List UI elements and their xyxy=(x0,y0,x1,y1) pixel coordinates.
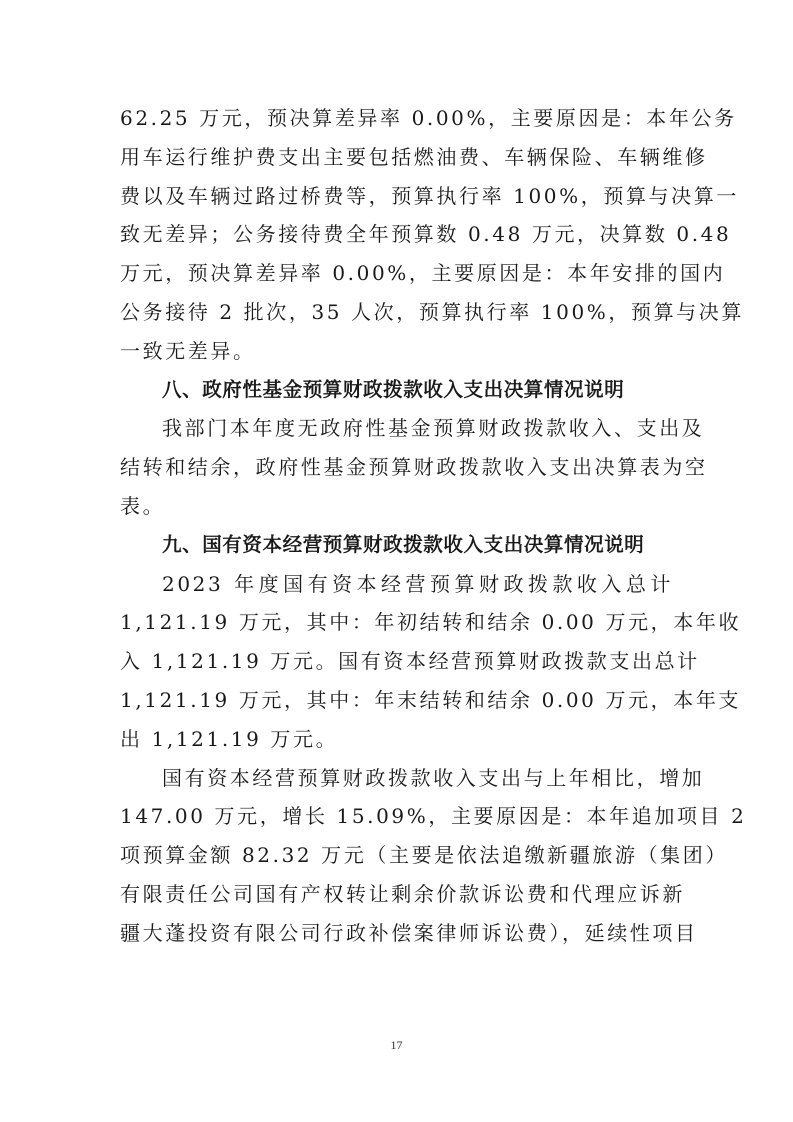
paragraph-line: 1,121.19 万元，其中：年初结转和结余 0.00 万元，本年收 xyxy=(120,603,673,642)
paragraph-line: 结转和结余，政府性基金预算财政拨款收入支出决算表为空 xyxy=(120,448,673,487)
document-page: 62.25 万元，预决算差异率 0.00%，主要原因是：本年公务 用车运行维护费… xyxy=(120,99,673,953)
paragraph-line: 疆大蓬投资有限公司行政补偿案律师诉讼费），延续性项目 xyxy=(120,914,673,953)
paragraph-line: 项预算金额 82.32 万元（主要是依法追缴新疆旅游（集团） xyxy=(120,836,673,875)
paragraph-line: 一致无差异。 xyxy=(120,332,673,371)
paragraph-line: 147.00 万元，增长 15.09%，主要原因是：本年追加项目 2 xyxy=(120,797,673,836)
section-heading-9: 九、国有资本经营预算财政拨款收入支出决算情况说明 xyxy=(120,526,673,565)
paragraph-line: 有限责任公司国有产权转让剩余价款诉讼费和代理应诉新 xyxy=(120,875,673,914)
section-heading-8: 八、政府性基金预算财政拨款收入支出决算情况说明 xyxy=(120,371,673,410)
paragraph-line: 公务接待 2 批次，35 人次，预算执行率 100%，预算与决算 xyxy=(120,293,673,332)
paragraph-line: 62.25 万元，预决算差异率 0.00%，主要原因是：本年公务 xyxy=(120,99,673,138)
paragraph-line: 用车运行维护费支出主要包括燃油费、车辆保险、车辆维修 xyxy=(120,138,673,177)
paragraph-line: 2023 年度国有资本经营预算财政拨款收入总计 xyxy=(120,565,673,604)
paragraph-line: 表。 xyxy=(120,487,673,526)
paragraph-line: 万元，预决算差异率 0.00%，主要原因是：本年安排的国内 xyxy=(120,254,673,293)
paragraph-line: 费以及车辆过路过桥费等，预算执行率 100%，预算与决算一 xyxy=(120,177,673,216)
paragraph-line: 致无差异；公务接待费全年预算数 0.48 万元，决算数 0.48 xyxy=(120,215,673,254)
paragraph-line: 入 1,121.19 万元。国有资本经营预算财政拨款支出总计 xyxy=(120,642,673,681)
page-number: 17 xyxy=(0,1038,793,1053)
paragraph-line: 出 1,121.19 万元。 xyxy=(120,720,673,759)
paragraph-line: 1,121.19 万元，其中：年末结转和结余 0.00 万元，本年支 xyxy=(120,681,673,720)
paragraph-line: 我部门本年度无政府性基金预算财政拨款收入、支出及 xyxy=(120,409,673,448)
paragraph-line: 国有资本经营预算财政拨款收入支出与上年相比，增加 xyxy=(120,759,673,798)
